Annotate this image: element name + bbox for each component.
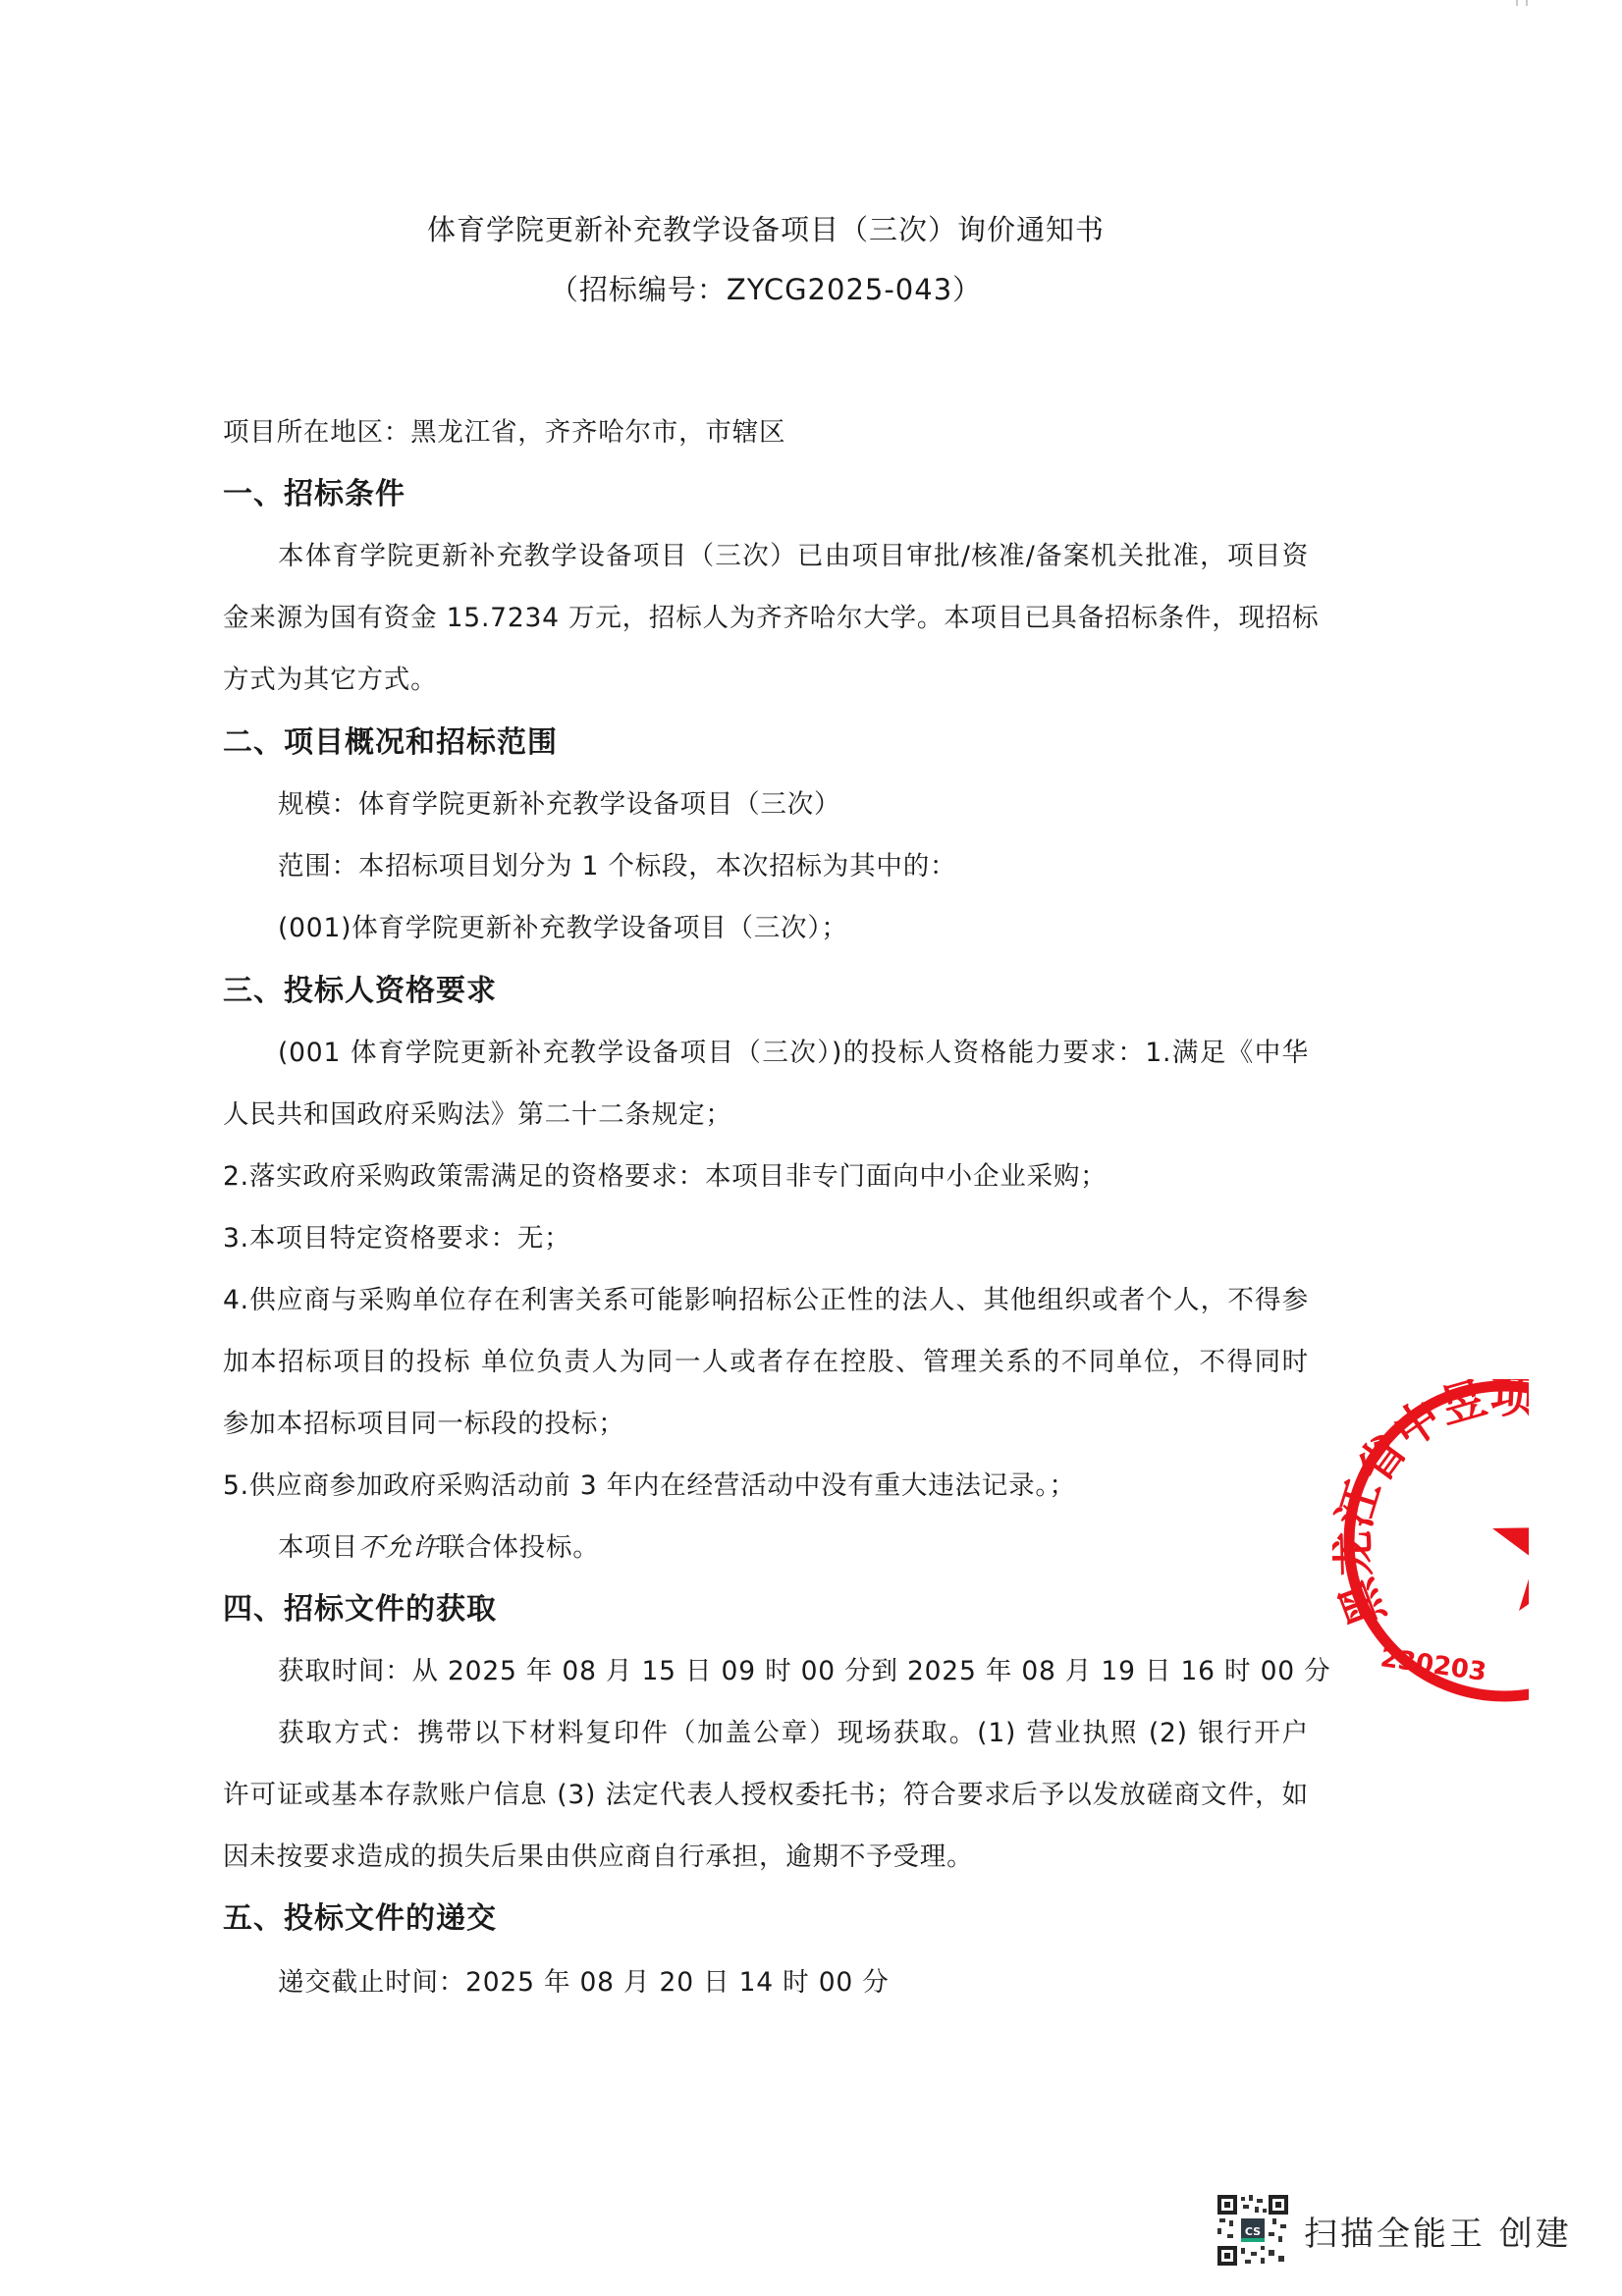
section-1-line: 方式为其它方式。 [223,661,1309,700]
section-3-line: 3.本项目特定资格要求：无； [223,1219,1309,1258]
watermark-text: 扫描全能王 创建 [1304,2207,1572,2255]
scanner-watermark: CS 扫描全能王 创建 [1217,2191,1572,2269]
note-prefix: 本项目 [278,1532,358,1563]
section-3-line: 4.供应商与采购单位存在利害关系可能影响招标公正性的法人、其他组织或者个人，不得… [223,1281,1309,1320]
scan-corner-mark [1516,0,1528,6]
seal-text: 黑龙江省中昱项目管理 [1332,1379,1529,1633]
acquisition-method-cont: 许可证或基本存款账户信息 (3) 法定代表人授权委托书；符合要求后予以发放磋商文… [223,1776,1309,1815]
section-1-heading: 一、招标条件 [223,475,405,514]
section-2-scope: 范围：本招标项目划分为 1 个标段，本次招标为其中的： [278,847,1309,886]
section-1-line: 金来源为国有资金 15.7234 万元，招标人为齐齐哈尔大学。本项目已具备招标条… [223,599,1309,638]
submission-deadline: 递交截止时间：2025 年 08 月 20 日 14 时 00 分 [278,1963,1309,2002]
qr-code-icon: CS [1217,2195,1288,2266]
official-seal: 黑龙江省中昱项目管理 230203 [1332,1379,1529,1703]
section-4-heading: 四、招标文件的获取 [223,1590,497,1629]
section-2-lot: (001)体育学院更新补充教学设备项目（三次）； [278,909,1309,948]
tender-number: （招标编号：ZYCG2025-043） [0,268,1532,308]
project-region: 项目所在地区：黑龙江省，齐齐哈尔市，市辖区 [223,413,1309,453]
acquisition-method-cont: 因未按要求造成的损失后果由供应商自行承担，逾期不予受理。 [223,1838,1309,1877]
svg-text:黑龙江省中昱项目管理: 黑龙江省中昱项目管理 [1332,1379,1529,1633]
document-title: 体育学院更新补充教学设备项目（三次）询价通知书 [0,208,1532,248]
section-3-line: 2.落实政府采购政策需满足的资格要求：本项目非专门面向中小企业采购； [223,1157,1309,1197]
section-3-heading: 三、投标人资格要求 [223,972,497,1011]
qr-badge: CS [1245,2225,1261,2238]
section-2-scale: 规模：体育学院更新补充教学设备项目（三次） [278,785,1309,825]
section-3-line: 人民共和国政府采购法》第二十二条规定； [223,1095,1309,1135]
section-3-line: 5.供应商参加政府采购活动前 3 年内在经营活动中没有重大违法记录。； [223,1467,1309,1506]
acquisition-method: 获取方式：携带以下材料复印件（加盖公章）现场获取。(1) 营业执照 (2) 银行… [278,1714,1309,1753]
section-1-line: 本体育学院更新补充教学设备项目（三次）已由项目审批/核准/备案机关批准，项目资 [278,537,1309,576]
section-3-line: (001 体育学院更新补充教学设备项目（三次）)的投标人资格能力要求：1.满足《… [278,1034,1309,1073]
note-suffix: 联合体投标。 [439,1532,600,1563]
scanned-page: 体育学院更新补充教学设备项目（三次）询价通知书 （招标编号：ZYCG2025-0… [0,0,1622,2296]
acquisition-time: 获取时间：从 2025 年 08 月 15 日 09 时 00 分到 2025 … [278,1652,1309,1691]
section-2-heading: 二、项目概况和招标范围 [223,723,558,763]
note-emphasis: 不允许 [358,1532,439,1563]
star-icon [1492,1477,1529,1611]
section-3-line: 加本招标项目的投标 单位负责人为同一人或者存在控股、管理关系的不同单位，不得同时 [223,1343,1309,1382]
section-5-heading: 五、投标文件的递交 [223,1899,497,1939]
section-3-line: 参加本招标项目同一标段的投标； [223,1405,1309,1444]
consortium-note: 本项目不允许联合体投标。 [278,1528,1309,1568]
